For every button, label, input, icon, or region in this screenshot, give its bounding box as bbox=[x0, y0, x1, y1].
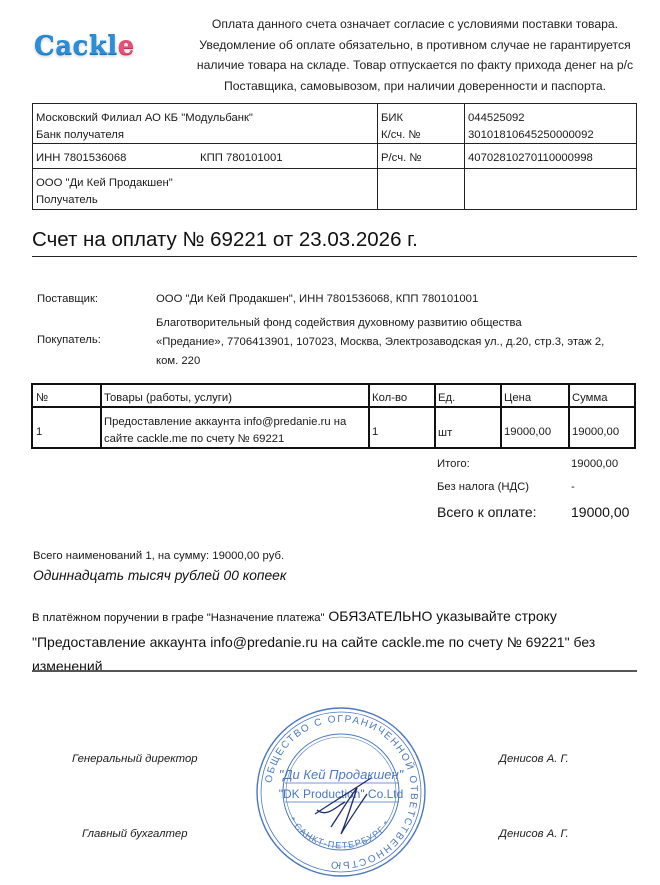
item-price: 19000,00 bbox=[504, 424, 551, 440]
column-divider bbox=[500, 385, 502, 447]
col-header-unit: Ед. bbox=[438, 390, 455, 406]
title-divider bbox=[32, 256, 637, 257]
buyer-label: Покупатель: bbox=[37, 332, 101, 349]
notice-line: Оплата данного счета означает согласие с… bbox=[190, 14, 640, 35]
rs-label: Р/сч. № bbox=[381, 150, 421, 166]
company-stamp: ОБЩЕСТВО С ОГРАНИЧЕННОЙ ОТВЕТСТВЕННОСТЬЮ… bbox=[253, 702, 429, 882]
stamp-seal-icon: ОБЩЕСТВО С ОГРАНИЧЕННОЙ ОТВЕТСТВЕННОСТЬЮ… bbox=[253, 702, 429, 882]
supplier-value: ООО "Ди Кей Продакшен", ИНН 7801536068, … bbox=[156, 290, 478, 309]
item-name-line: сайте cackle.me по счету № 69221 bbox=[104, 431, 284, 447]
payment-purpose-note: В платёжном поручении в графе "Назначени… bbox=[32, 604, 642, 678]
director-name: Денисов А. Г. bbox=[499, 753, 569, 765]
items-count-summary: Всего наименований 1, на сумму: 19000,00… bbox=[33, 550, 284, 562]
col-header-goods: Товары (работы, услуги) bbox=[104, 390, 232, 406]
bank-details-table: Московский Филиал АО КБ "Модульбанк" Бан… bbox=[32, 103, 637, 210]
item-sum: 19000,00 bbox=[572, 424, 619, 440]
vat-value: - bbox=[571, 479, 575, 495]
director-label: Генеральный директор bbox=[72, 753, 198, 765]
subtotal-value: 19000,00 bbox=[571, 456, 618, 472]
note-emphasis: ОБЯЗАТЕЛЬНО указывайте строку bbox=[324, 608, 556, 624]
bank-label: Банк получателя bbox=[36, 127, 124, 143]
column-divider bbox=[100, 385, 102, 447]
bank-name: Московский Филиал АО КБ "Модульбанк" bbox=[36, 110, 253, 126]
notice-line: Уведомление об оплате обязательно, в про… bbox=[190, 35, 640, 56]
note-line-3: изменений bbox=[32, 654, 642, 678]
notice-line: Поставщика, самовывозом, при наличии дов… bbox=[190, 76, 640, 97]
kpp: КПП 780101001 bbox=[200, 150, 283, 166]
col-header-qty: Кол-во bbox=[372, 390, 407, 406]
items-table: № Товары (работы, услуги) Кол-во Ед. Цен… bbox=[31, 383, 636, 449]
ks-label: К/сч. № bbox=[381, 127, 421, 143]
recipient-label: Получатель bbox=[36, 192, 98, 208]
buyer-line: Благотворительный фонд содействия духовн… bbox=[156, 314, 636, 333]
rs-value: 40702810270110000998 bbox=[468, 150, 593, 166]
row-divider bbox=[33, 168, 636, 169]
bik-value: 044525092 bbox=[468, 110, 525, 126]
buyer-value: Благотворительный фонд содействия духовн… bbox=[156, 314, 636, 371]
col-header-num: № bbox=[36, 390, 48, 406]
stamp-city-text: * САНКТ-ПЕТЕРБУРГ * bbox=[287, 815, 392, 850]
amount-in-words: Одиннадцать тысяч рублей 00 копеек bbox=[33, 568, 286, 583]
column-divider bbox=[377, 104, 378, 209]
accountant-name: Денисов А. Г. bbox=[499, 828, 569, 840]
item-num: 1 bbox=[36, 424, 42, 440]
total-label: Всего к оплате: bbox=[437, 503, 537, 521]
invoice-title: Счет на оплату № 69221 от 23.03.2026 г. bbox=[32, 226, 418, 254]
payment-terms-notice: Оплата данного счета означает согласие с… bbox=[190, 14, 640, 96]
column-divider bbox=[368, 385, 370, 447]
accountant-label: Главный бухгалтер bbox=[82, 828, 188, 840]
column-divider bbox=[464, 104, 465, 209]
header-divider bbox=[33, 406, 634, 408]
logo-main-text: Cackl bbox=[34, 31, 118, 61]
cackle-logo: Cackle bbox=[34, 31, 135, 61]
note-line-1: В платёжном поручении в графе "Назначени… bbox=[32, 604, 642, 630]
notice-line: наличие товара на складе. Товар отпускае… bbox=[190, 55, 640, 76]
stamp-name-en: "DK Production" Co.Ltd bbox=[279, 787, 404, 801]
inn: ИНН 7801536068 bbox=[36, 150, 126, 166]
note-line-2: "Предоставление аккаунта info@predanie.r… bbox=[32, 630, 642, 654]
item-name-line: Предоставление аккаунта info@predanie.ru… bbox=[104, 414, 346, 430]
item-qty: 1 bbox=[372, 424, 378, 440]
recipient-name: ООО "Ди Кей Продакшен" bbox=[36, 175, 173, 191]
column-divider bbox=[568, 385, 570, 447]
col-header-price: Цена bbox=[504, 390, 531, 406]
buyer-line: ком. 220 bbox=[156, 352, 636, 371]
supplier-label: Поставщик: bbox=[37, 291, 98, 308]
row-divider bbox=[33, 143, 636, 144]
bik-label: БИК bbox=[381, 110, 403, 126]
bottom-divider bbox=[32, 670, 637, 672]
logo-accent-text: e bbox=[118, 31, 135, 61]
ks-value: 30101810645250000092 bbox=[468, 127, 594, 143]
note-prefix: В платёжном поручении в графе "Назначени… bbox=[32, 612, 324, 624]
total-value: 19000,00 bbox=[571, 503, 629, 521]
buyer-line: «Предание», 7706413901, 107023, Москва, … bbox=[156, 333, 636, 352]
col-header-sum: Сумма bbox=[572, 390, 608, 406]
svg-text:* САНКТ-ПЕТЕРБУРГ *: * САНКТ-ПЕТЕРБУРГ * bbox=[287, 815, 392, 850]
subtotal-label: Итого: bbox=[437, 456, 470, 472]
item-unit: шт bbox=[438, 425, 452, 441]
stamp-name-ru: "Ди Кей Продакшен" bbox=[279, 767, 405, 782]
column-divider bbox=[434, 385, 436, 447]
vat-label: Без налога (НДС) bbox=[437, 479, 529, 495]
